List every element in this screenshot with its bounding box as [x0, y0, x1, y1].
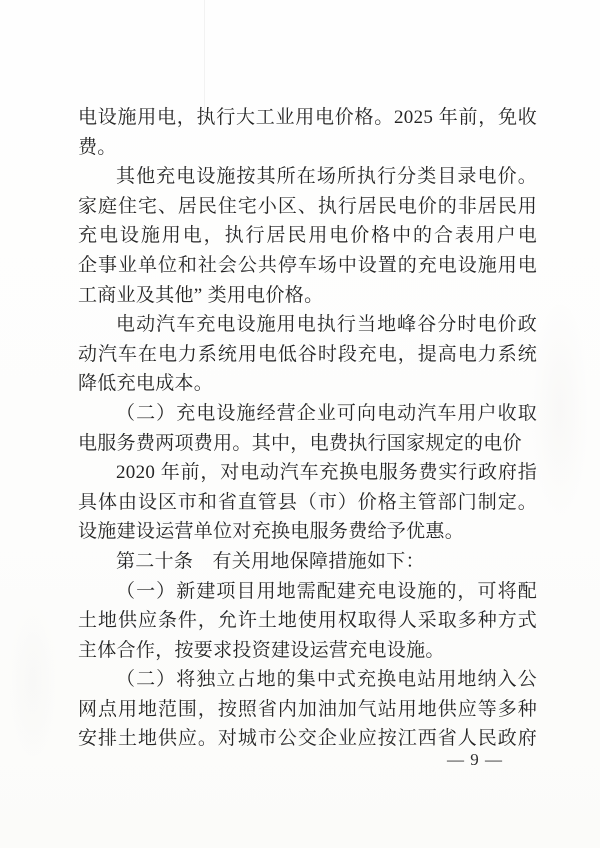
text-line: 其他充电设施按其所在场所执行分类目录电价。其中，居民 — [78, 162, 537, 192]
text-line: 网点用地范围，按照省内加油加气站用地供应等多种模式，优先 — [78, 695, 537, 725]
scan-smudge — [530, 300, 590, 520]
text-line: 电服务费两项费用。其中，电费执行国家规定的电价政策。 — [78, 429, 537, 459]
text-line: （二）将独立占地的集中式充换电站用地纳入公用设施营业 — [78, 665, 537, 695]
scan-smudge — [8, 600, 58, 760]
text-line: 家庭住宅、居民住宅小区、执行居民电价的非居民用户中设置的 — [78, 192, 537, 222]
text-line: 土地供应条件，允许土地使用权取得人采取多种方式与其他市场 — [78, 606, 537, 636]
text-line: 具体由设区市和省直管县（市）价格主管部门制定。鼓励充换电 — [78, 488, 537, 518]
text-line: （二）充电设施经营企业可向电动汽车用户收取电费及充换 — [78, 399, 537, 429]
text-line: 电动汽车充电设施用电执行当地峰谷分时电价政策。鼓励电 — [78, 310, 537, 340]
text-line: 动汽车在电力系统用电低谷时段充电，提高电力系统用电效率， — [78, 340, 537, 370]
text-line: 企事业单位和社会公共停车场中设置的充电设施用电执行“一般 — [78, 251, 537, 281]
text-block: 电设施用电，执行大工业用电价格。2025 年前，免收取基本电费。其他充电设施按其… — [78, 103, 537, 754]
text-line: 电设施用电，执行大工业用电价格。2025 年前，免收取基本电 — [78, 103, 537, 133]
text-line: 降低充电成本。 — [78, 369, 537, 399]
page-number: — 9 — — [447, 750, 503, 770]
scan-crease — [204, 0, 205, 120]
text-line: 第二十条 有关用地保障措施如下： — [78, 547, 537, 577]
text-line: 工商业及其他” 类用电价格。 — [78, 281, 537, 311]
text-line: （一）新建项目用地需配建充电设施的，可将配建要求纳入 — [78, 577, 537, 607]
document-page: 电设施用电，执行大工业用电价格。2025 年前，免收取基本电费。其他充电设施按其… — [0, 0, 600, 848]
text-line: 费。 — [78, 133, 537, 163]
text-line: 充电设施用电，执行居民用电价格中的合表用户电价；党政机关、 — [78, 221, 537, 251]
text-line: 主体合作，按要求投资建设运营充电设施。 — [78, 636, 537, 666]
text-line: 2020 年前，对电动汽车充换电服务费实行政府指导价管理， — [78, 458, 537, 488]
text-line: 设施建设运营单位对充换电服务费给予优惠。 — [78, 517, 537, 547]
